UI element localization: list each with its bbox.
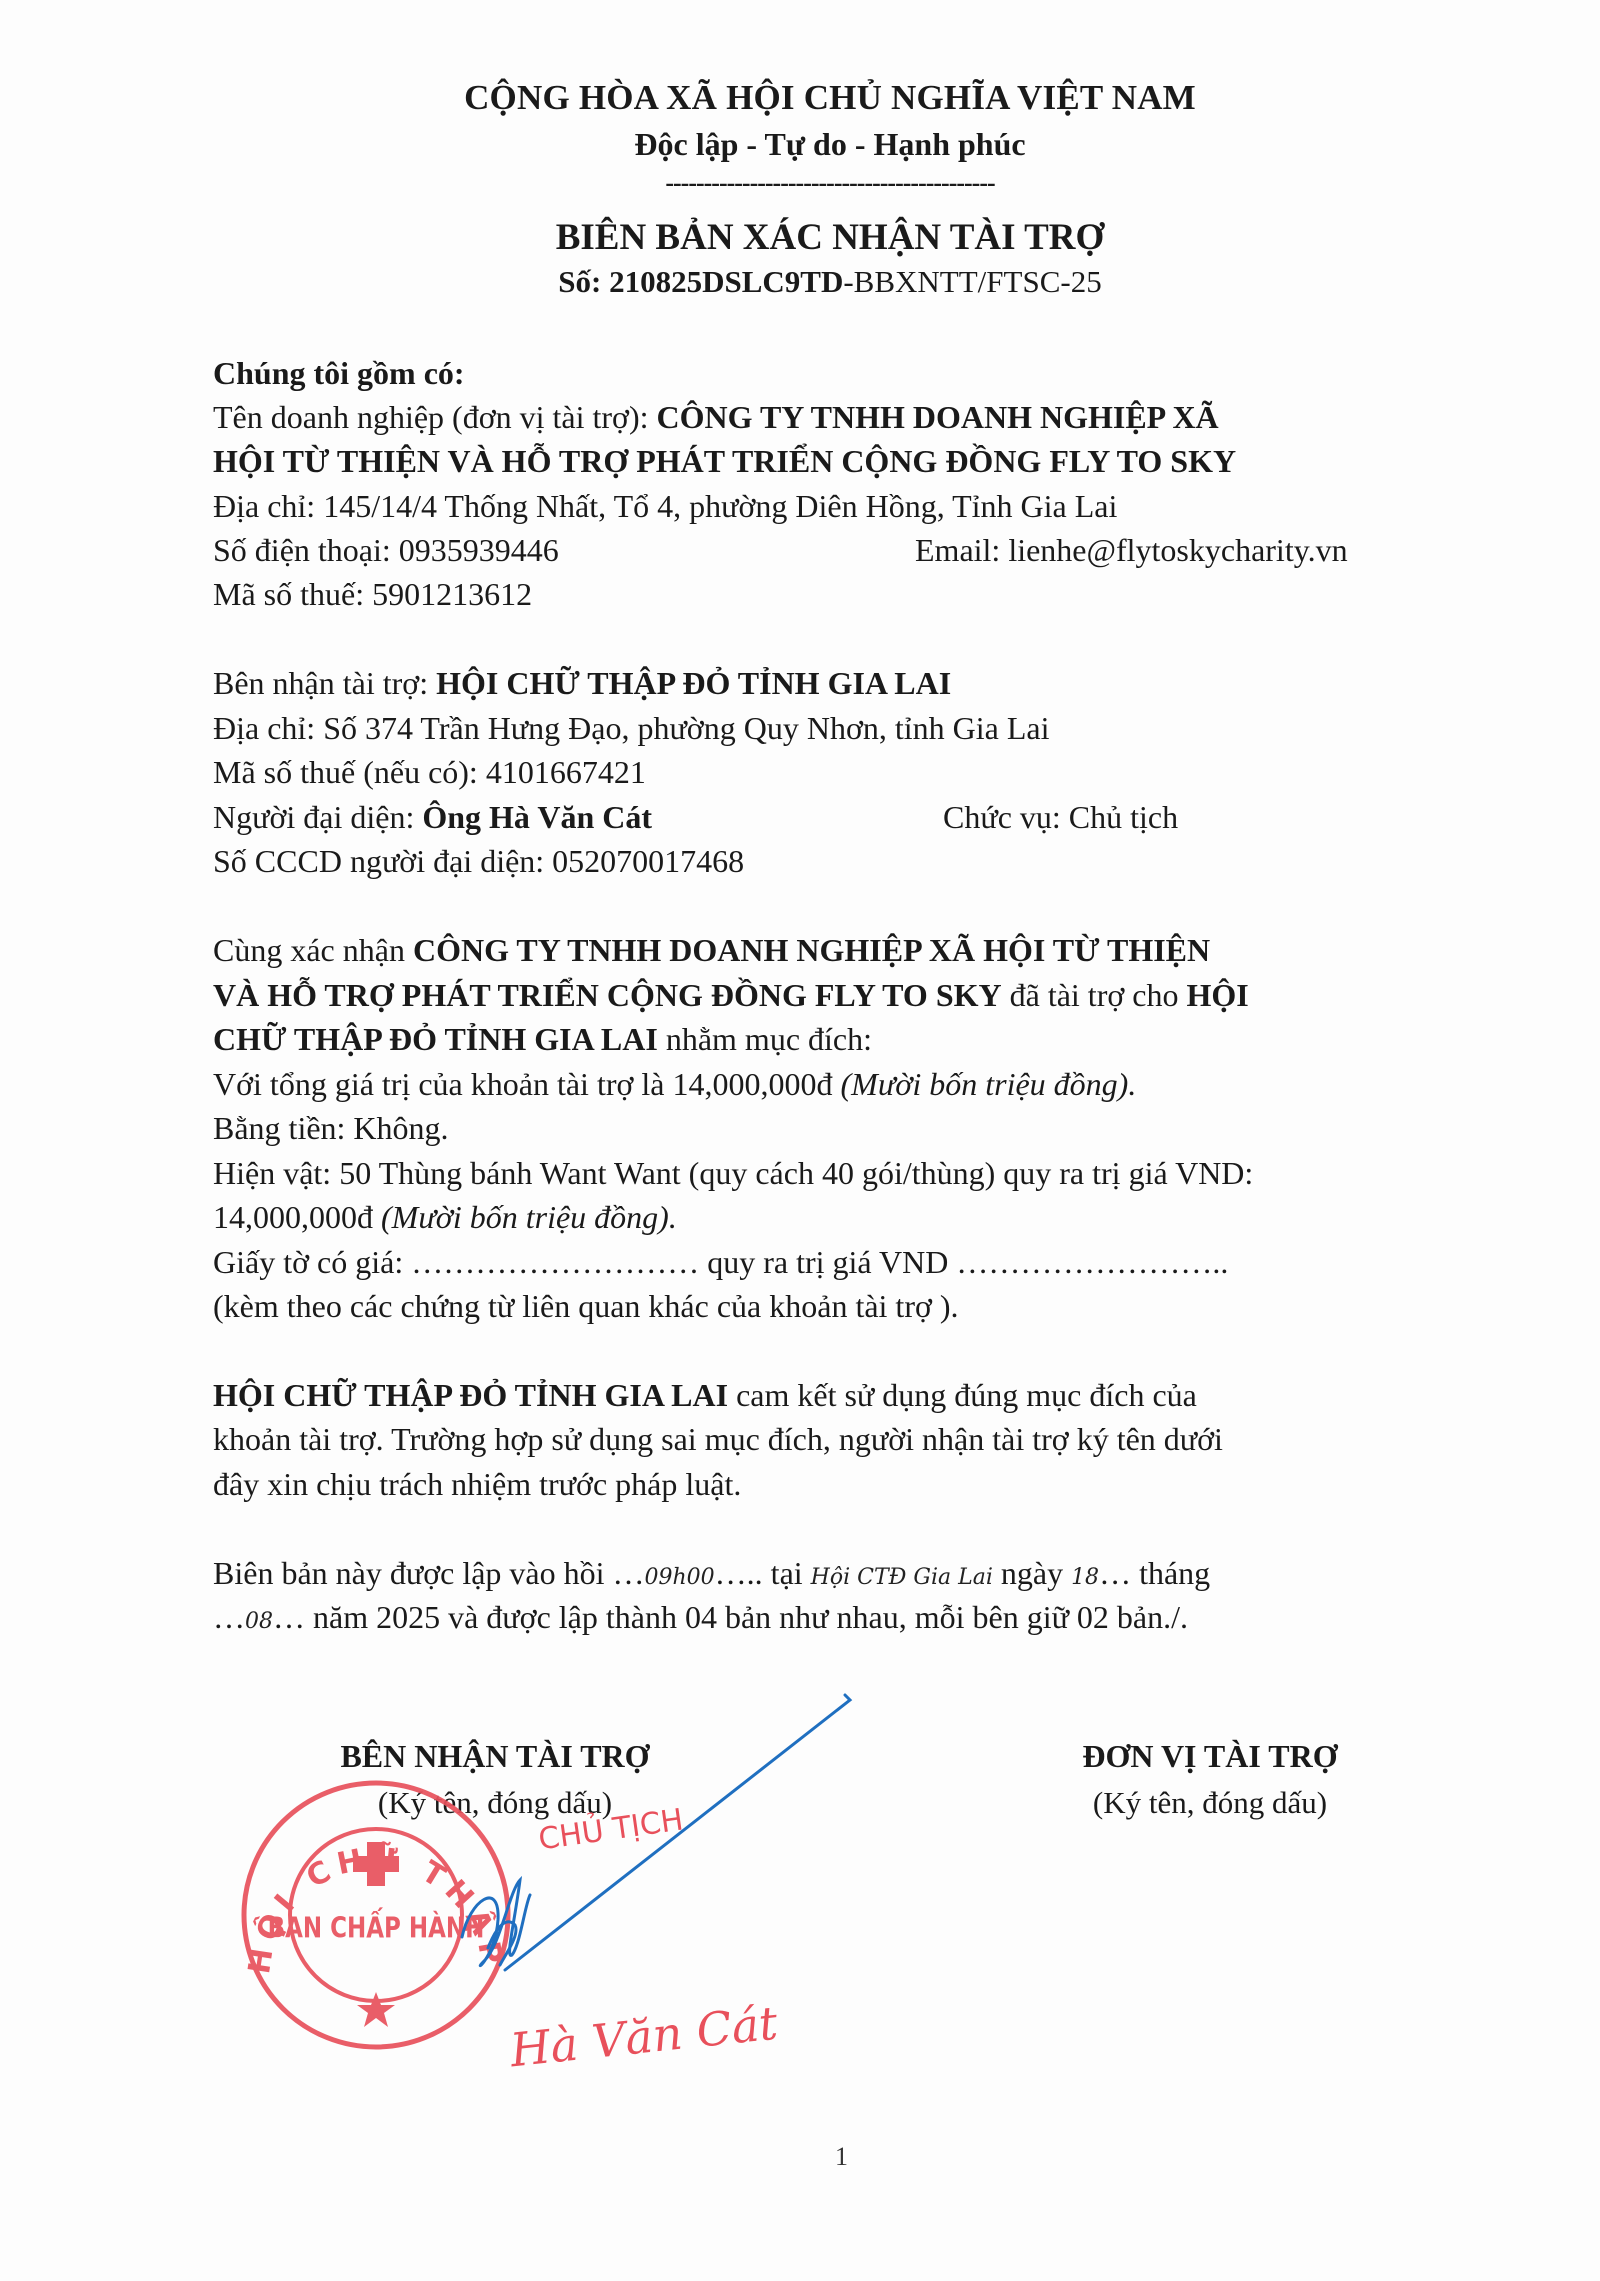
sponsor-name-line-2: HỘI TỪ THIỆN VÀ HỖ TRỢ PHÁT TRIỂN CỘNG Đ… (213, 445, 1236, 477)
record-place-handwritten: Hội CTĐ Gia Lai (811, 1565, 993, 1590)
record-month-label: … tháng (1099, 1555, 1210, 1591)
in-kind-value-words: (Mười bốn triệu đồng). (381, 1199, 677, 1235)
record-time-label: Biên bản này được lập vào hồi … (213, 1555, 645, 1591)
securities-line: Giấy tờ có giá: ……………………… quy ra trị giá… (213, 1246, 1228, 1278)
confirmation-purpose: nhằm mục đích: (658, 1021, 872, 1057)
recipient-name: HỘI CHỮ THẬP ĐỎ TỈNH GIA LAI (436, 665, 951, 701)
page-number: 1 (835, 2142, 848, 2172)
confirmation-connector: đã tài trợ cho (1002, 977, 1187, 1013)
attachments-line: (kèm theo các chứng từ liên quan khác củ… (213, 1290, 959, 1322)
record-day-handwritten: 18 (1071, 1565, 1099, 1590)
sponsor-name-part-1: CÔNG TY TNHH DOANH NGHIỆP XÃ (657, 399, 1219, 435)
sponsor-phone: Số điện thoại: 0935939446 (213, 534, 559, 566)
recipient-representative: Người đại diện: Ông Hà Văn Cát (213, 801, 652, 833)
confirmation-sponsor-part-1: CÔNG TY TNHH DOANH NGHIỆP XÃ HỘI TỪ THIỆ… (413, 932, 1210, 968)
record-time-handwritten: 09h00 (645, 1565, 715, 1590)
confirmation-line-3: CHỮ THẬP ĐỎ TỈNH GIA LAI nhằm mục đích: (213, 1023, 872, 1055)
recipient-name-line: Bên nhận tài trợ: HỘI CHỮ THẬP ĐỎ TỈNH G… (213, 667, 951, 699)
sponsor-name-label: Tên doanh nghiệp (đơn vị tài trợ): (213, 399, 657, 435)
recipient-signature-title: BÊN NHẬN TÀI TRỢ (195, 1738, 795, 1775)
document-page: CỘNG HÒA XÃ HỘI CHỦ NGHĨA VIỆT NAM Độc l… (0, 0, 1600, 2281)
in-kind-value-line: 14,000,000đ (Mười bốn triệu đồng). (213, 1201, 677, 1233)
confirmation-recipient-part-2: CHỮ THẬP ĐỎ TỈNH GIA LAI (213, 1021, 658, 1057)
sponsor-address: Địa chỉ: 145/14/4 Thống Nhất, Tổ 4, phườ… (213, 490, 1117, 522)
record-place-label: ….. tại (715, 1555, 811, 1591)
number-suffix: -BBXNTT/FTSC-25 (843, 264, 1101, 299)
commitment-line-1: HỘI CHỮ THẬP ĐỎ TỈNH GIA LAI cam kết sử … (213, 1379, 1197, 1411)
confirmation-sponsor-part-2: VÀ HỖ TRỢ PHÁT TRIỂN CỘNG ĐỒNG FLY TO SK… (213, 977, 1002, 1013)
svg-text:BAN CHẤP HÀNH: BAN CHẤP HÀNH (268, 1905, 485, 1945)
representative-position: Chức vụ: Chủ tịch (943, 801, 1178, 833)
total-value-words: (Mười bốn triệu đồng). (841, 1066, 1137, 1102)
cash-line: Bằng tiền: Không. (213, 1112, 449, 1144)
confirmation-line-2: VÀ HỖ TRỢ PHÁT TRIỂN CỘNG ĐỒNG FLY TO SK… (213, 979, 1249, 1011)
sponsor-tax-code: Mã số thuế: 5901213612 (213, 578, 532, 610)
recipient-label: Bên nhận tài trợ: (213, 665, 436, 701)
national-title: CỘNG HÒA XÃ HỘI CHỦ NGHĨA VIỆT NAM (0, 78, 1600, 118)
commitment-recipient: HỘI CHỮ THẬP ĐỎ TỈNH GIA LAI (213, 1377, 728, 1413)
total-value-line: Với tổng giá trị của khoản tài trợ là 14… (213, 1068, 1136, 1100)
sponsor-signature-block: ĐƠN VỊ TÀI TRỢ (Ký tên, đóng dấu) (910, 1738, 1510, 1821)
national-motto: Độc lập - Tự do - Hạnh phúc (0, 126, 1600, 163)
confirmation-prefix: Cùng xác nhận (213, 932, 413, 968)
recipient-address: Địa chỉ: Số 374 Trần Hưng Đạo, phường Qu… (213, 712, 1049, 744)
commitment-line-2: khoản tài trợ. Trường hợp sử dụng sai mụ… (213, 1423, 1223, 1455)
sponsor-name-line-1: Tên doanh nghiệp (đơn vị tài trợ): CÔNG … (213, 401, 1219, 433)
confirmation-recipient-part-1: HỘI (1186, 977, 1248, 1013)
sponsor-email: Email: lienhe@flytoskycharity.vn (915, 534, 1348, 566)
in-kind-line: Hiện vật: 50 Thùng bánh Want Want (quy c… (213, 1157, 1253, 1189)
commitment-line-3: đây xin chịu trách nhiệm trước pháp luật… (213, 1468, 741, 1500)
representative-id-number: Số CCCD người đại diện: 052070017468 (213, 845, 744, 877)
record-month-prefix: … (213, 1599, 245, 1635)
confirmation-line-1: Cùng xác nhận CÔNG TY TNHH DOANH NGHIỆP … (213, 934, 1210, 966)
in-kind-value: 14,000,000đ (213, 1199, 381, 1235)
total-value: Với tổng giá trị của khoản tài trợ là 14… (213, 1066, 841, 1102)
record-line-2: …08… năm 2025 và được lập thành 04 bản n… (213, 1601, 1188, 1633)
record-day-label: ngày (993, 1555, 1071, 1591)
handwritten-signature-icon (462, 1695, 850, 1970)
document-number: Số: 210825DSLC9TD-BBXNTT/FTSC-25 (0, 264, 1600, 300)
recipient-tax-code: Mã số thuế (nếu có): 4101667421 (213, 756, 646, 788)
parties-intro: Chúng tôi gồm có: (213, 357, 465, 389)
record-month-handwritten: 08 (245, 1609, 273, 1634)
record-line-1: Biên bản này được lập vào hồi …09h00….. … (213, 1557, 1210, 1589)
representative-name: Ông Hà Văn Cát (422, 799, 652, 835)
header-divider: ----------------------------------------… (0, 168, 1600, 198)
commitment-text: cam kết sử dụng đúng mục đích của (728, 1377, 1197, 1413)
representative-label: Người đại diện: (213, 799, 422, 835)
record-copies-text: … năm 2025 và được lập thành 04 bản như … (273, 1599, 1188, 1635)
sponsor-signature-title: ĐƠN VỊ TÀI TRỢ (910, 1738, 1510, 1775)
number-code: 210825DSLC9TD (609, 264, 843, 299)
recipient-signature-note: (Ký tên, đóng dấu) (195, 1785, 795, 1821)
number-label: Số: (558, 264, 609, 299)
recipient-signature-block: BÊN NHẬN TÀI TRỢ (Ký tên, đóng dấu) (195, 1738, 795, 1821)
document-title: BIÊN BẢN XÁC NHẬN TÀI TRỢ (0, 216, 1600, 259)
svg-text:Hà Văn Cát: Hà Văn Cát (507, 1996, 781, 2078)
sponsor-signature-note: (Ký tên, đóng dấu) (910, 1785, 1510, 1821)
